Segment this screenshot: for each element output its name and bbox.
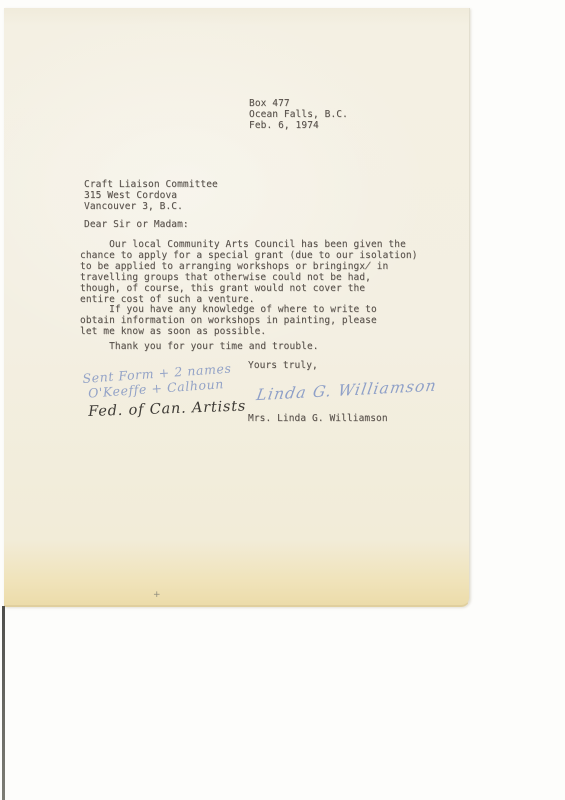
- body-paragraph-1: Our local Community Arts Council has bee…: [80, 240, 418, 305]
- valediction: Yours truly,: [248, 361, 318, 372]
- scanner-edge-line: [2, 606, 5, 800]
- scanned-letter-page: Box 477 Ocean Falls, B.C. Feb. 6, 1974 C…: [0, 0, 565, 800]
- typed-signature-name: Mrs. Linda G. Williamson: [248, 414, 388, 425]
- handwritten-black-annotation: Fed. of Can. Artists: [88, 398, 246, 420]
- handwritten-blue-annotation: Sent Form + 2 names O'Keeffe + Calhoun: [82, 361, 233, 401]
- small-pen-mark: +: [153, 590, 161, 600]
- letter-paper: Box 477 Ocean Falls, B.C. Feb. 6, 1974 C…: [4, 8, 470, 607]
- recipient-address: Craft Liaison Committee 315 West Cordova…: [84, 180, 218, 213]
- handwritten-signature: Linda G. Williamson: [255, 377, 438, 405]
- salutation: Dear Sir or Madam:: [84, 220, 189, 231]
- body-paragraph-2: If you have any knowledge of where to wr…: [80, 305, 377, 338]
- closing-line: Thank you for your time and trouble.: [80, 342, 319, 353]
- sender-address-date: Box 477 Ocean Falls, B.C. Feb. 6, 1974: [249, 99, 348, 132]
